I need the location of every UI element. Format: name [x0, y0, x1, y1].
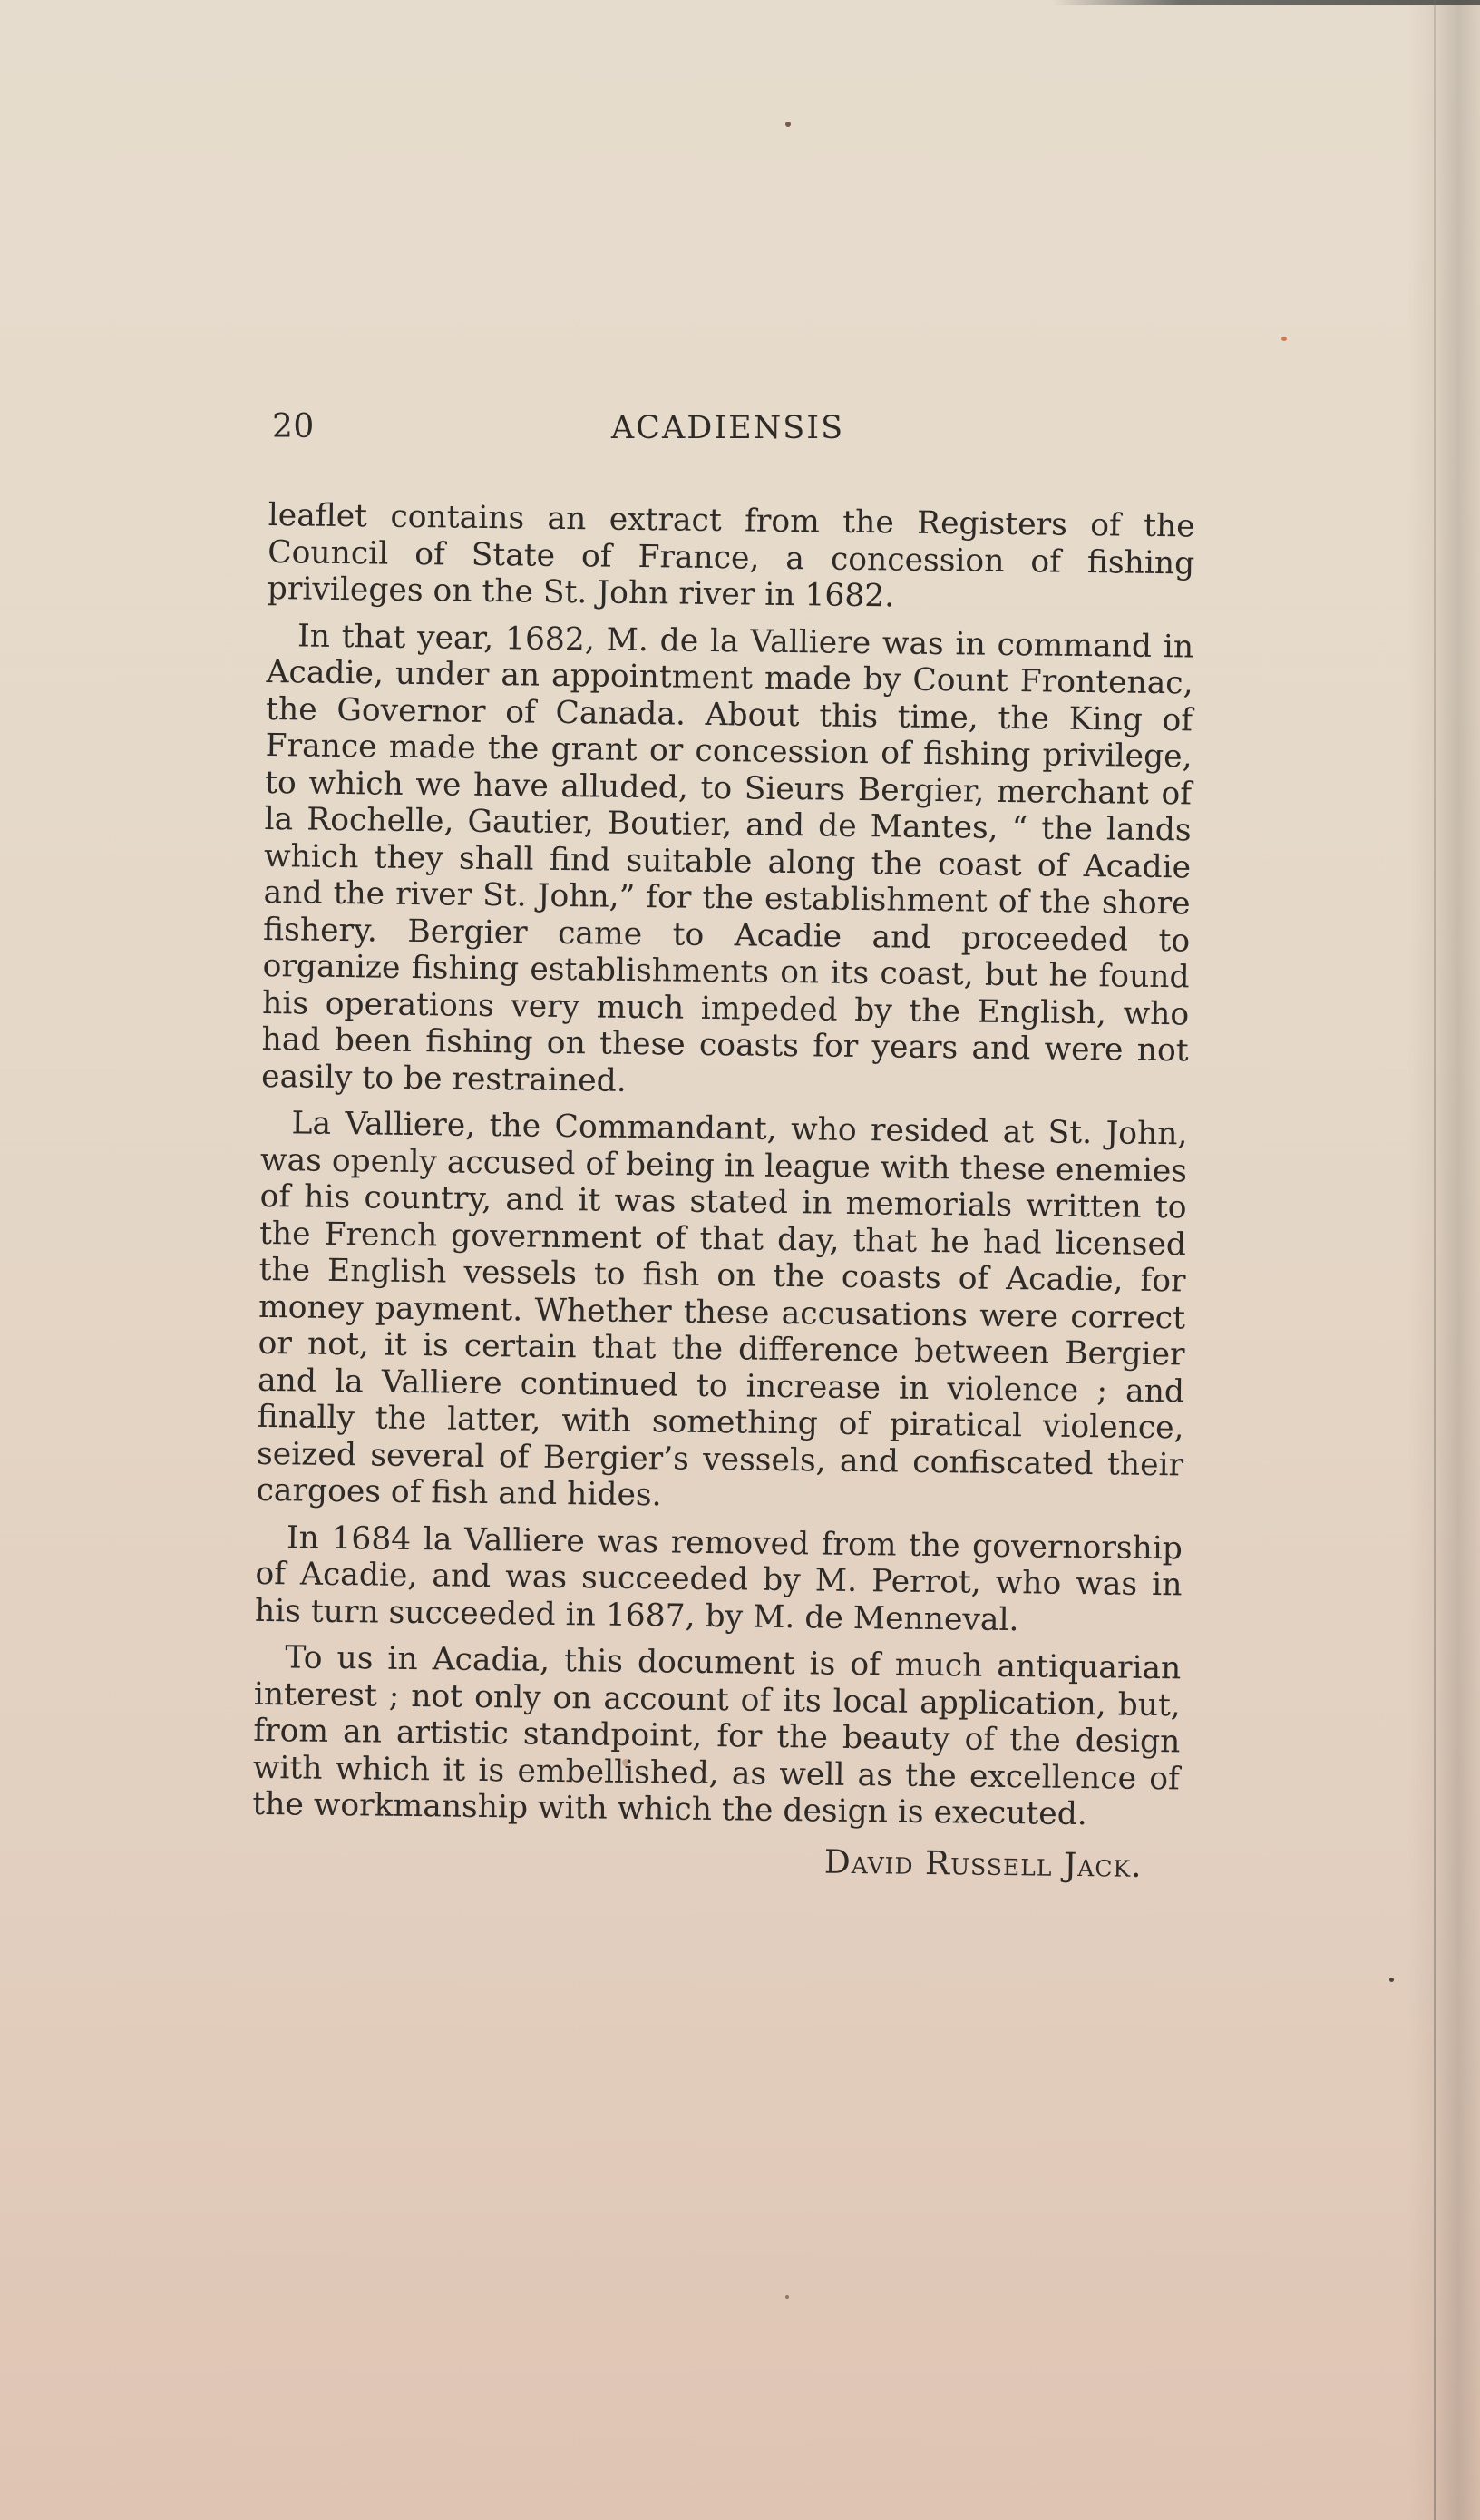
- running-title: ACADIENSIS: [272, 410, 1183, 446]
- paragraph: leaflet contains an extract from the Reg…: [268, 497, 1195, 619]
- page-header: 20 ACADIENSIS: [272, 408, 1183, 463]
- paragraph: To us in Acadia, this document is of muc…: [252, 1639, 1181, 1834]
- binding-edge-line: [1434, 0, 1436, 2520]
- paper-speck: [785, 2295, 789, 2299]
- binding-shadow: [1407, 0, 1480, 2520]
- paper-speck: [785, 122, 791, 127]
- paragraph: La Valliere, the Commandant, who resided…: [256, 1105, 1187, 1520]
- paragraph: In that year, 1682, M. de la Valliere wa…: [261, 617, 1193, 1106]
- paragraph: In 1684 la Valliere was removed from the…: [255, 1519, 1183, 1640]
- paper-speck: [1281, 337, 1287, 341]
- body-text: leaflet contains an extract from the Reg…: [251, 497, 1194, 1885]
- paper-speck: [1389, 1978, 1394, 1982]
- author-signature: David Russell Jack.: [251, 1837, 1178, 1885]
